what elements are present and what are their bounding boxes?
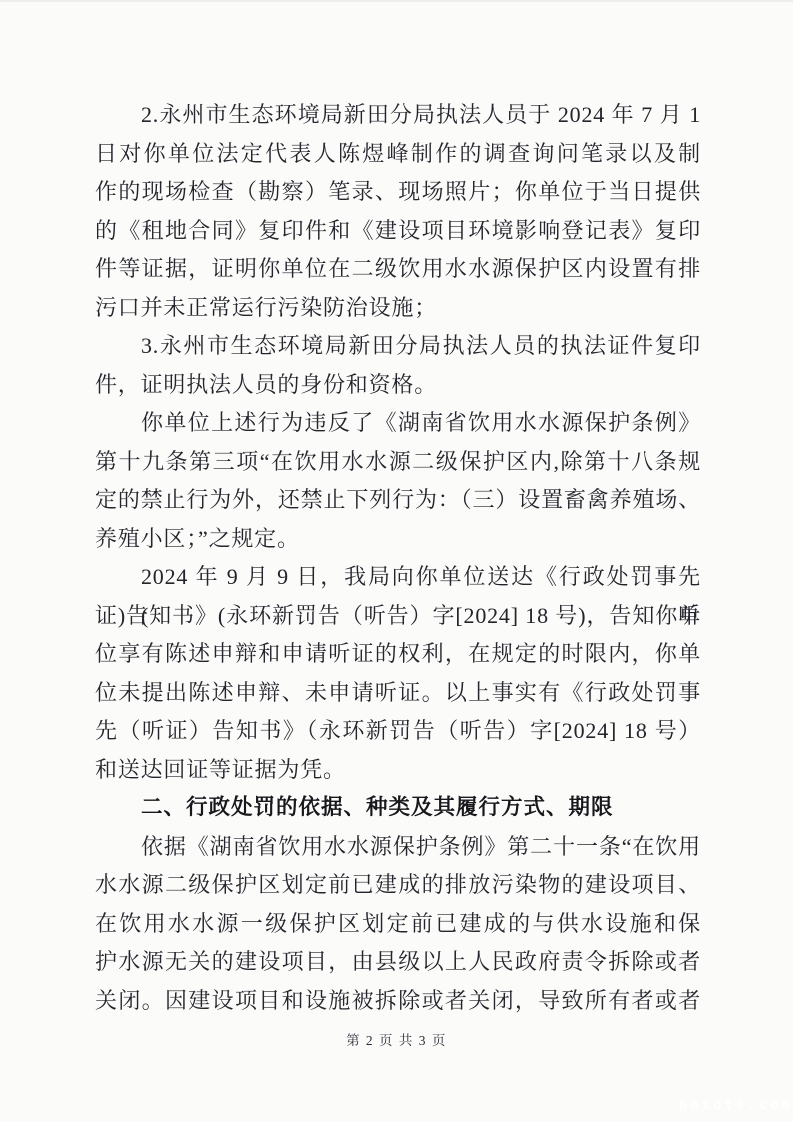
document-line: 日对你单位法定代表人陈煜峰制作的调查询问笔录以及制 (95, 135, 701, 174)
section-heading: 二、行政处罚的依据、种类及其履行方式、期限 (95, 789, 701, 828)
document-body: 2.永州市生态环境局新田分局执法人员于 2024 年 7 月 1日对你单位法定代… (95, 96, 701, 1020)
document-line: 护水源无关的建设项目，由县级以上人民政府责令拆除或者 (95, 943, 701, 982)
document-line: 3.永州市生态环境局新田分局执法人员的执法证件复印 (95, 327, 701, 366)
document-line: 件，证明执法人员的身份和资格。 (95, 366, 701, 405)
document-line: 的《租地合同》复印件和《建设项目环境影响登记表》复印 (95, 212, 701, 251)
document-line: 先（听证）告知书》（永环新罚告（听告）字[2024] 18 号） (95, 712, 701, 751)
document-line: 依据《湖南省饮用水水源保护条例》第二十一条“在饮用 (95, 828, 701, 867)
document-line: 水水源二级保护区划定前已建成的排放污染物的建设项目、 (95, 866, 701, 905)
document-line: 你单位上述行为违反了《湖南省饮用水水源保护条例》 (95, 404, 701, 443)
document-line: 件等证据，证明你单位在二级饮用水水源保护区内设置有排 (95, 250, 701, 289)
document-line: 第十九条第三项“在饮用水水源二级保护区内,除第十八条规 (95, 443, 701, 482)
document-line: 作的现场检查（勘察）笔录、现场照片；你单位于当日提供 (95, 173, 701, 212)
page-number-footer: 第 2 页 共 3 页 (0, 1031, 793, 1051)
document-line: 在饮用水水源一级保护区划定前已建成的与供水设施和保 (95, 905, 701, 944)
scan-top-edge (0, 0, 793, 2)
document-line: 位未提出陈述申辩、未申请听证。以上事实有《行政处罚事 (95, 674, 701, 713)
document-line: 2.永州市生态环境局新田分局执法人员于 2024 年 7 月 1 (95, 96, 701, 135)
document-line: 证)告知书》(永环新罚告（听告）字[2024] 18 号)，告知你单 (95, 597, 701, 636)
document-line: 定的禁止行为外，还禁止下列行为：（三）设置畜禽养殖场、 (95, 481, 701, 520)
document-line: 关闭。因建设项目和设施被拆除或者关闭，导致所有者或者 (95, 982, 701, 1021)
document-line: 和送达回证等证据为凭。 (95, 751, 701, 790)
watermark: patots.com (679, 1097, 793, 1113)
document-line: 养殖小区；”之规定。 (95, 520, 701, 559)
document-line: 污口并未正常运行污染防治设施； (95, 289, 701, 328)
document-line: 2024 年 9 月 9 日，我局向你单位送达《行政处罚事先(听 (95, 558, 701, 597)
document-line: 位享有陈述申辩和申请听证的权利，在规定的时限内，你单 (95, 635, 701, 674)
